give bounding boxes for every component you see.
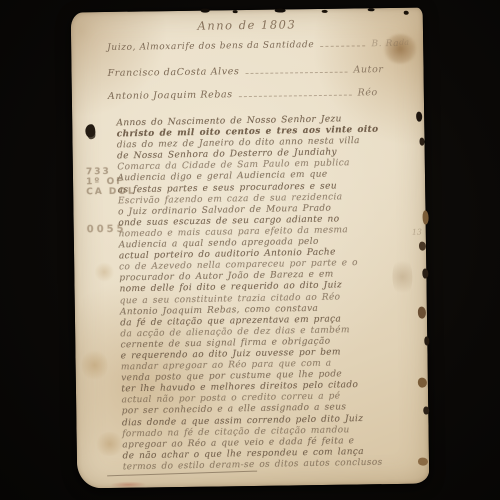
foxing-stain-mid-left — [94, 262, 114, 282]
ink-speck — [422, 211, 428, 225]
foxing-stain-left — [81, 348, 107, 382]
year-title: Anno de 1803 — [71, 16, 423, 35]
case-header-row: Juizo, Almoxarife dos bens da Santidade … — [107, 39, 399, 53]
ink-speck — [418, 458, 428, 466]
ink-speck — [422, 269, 428, 279]
ink-blot — [85, 124, 95, 137]
ink-speck — [419, 138, 424, 146]
manuscript-page: 733 1º OF CA DOL 0055 Anno de 1803 Juizo… — [71, 8, 430, 489]
red-smudge — [111, 481, 145, 487]
ink-speck — [418, 307, 426, 319]
party-name: Antonio Joaquim Rebas — [108, 89, 233, 102]
foxing-stain-bottom-left — [95, 432, 125, 456]
case-annotation: B. Ra — [371, 39, 399, 49]
margin-note: da — [399, 38, 409, 47]
ink-speck — [416, 112, 422, 122]
ink-speck — [419, 242, 426, 251]
ink-speck — [418, 378, 427, 388]
party-role: Réo — [357, 87, 377, 98]
ink-speck — [424, 337, 429, 346]
photo-scene: 733 1º OF CA DOL 0055 Anno de 1803 Juizo… — [0, 0, 500, 500]
margin-note: 13 — [412, 228, 422, 237]
ink-speck — [368, 8, 375, 11]
dotted-leader — [245, 72, 347, 74]
party-role: Autor — [353, 64, 383, 75]
ink-speck — [275, 8, 286, 12]
party-row-autor: Francisco daCosta Alves Autor — [107, 64, 383, 79]
ink-speck — [423, 407, 429, 415]
foxing-stain-right — [392, 256, 413, 298]
party-name: Francisco daCosta Alves — [107, 66, 239, 79]
ink-speck — [233, 10, 238, 13]
case-title: Juizo, Almoxarife dos bens da Santidade — [107, 40, 314, 53]
dotted-leader — [239, 95, 352, 98]
ink-speck — [404, 11, 409, 15]
dotted-leader — [320, 45, 365, 47]
ink-speck — [322, 10, 328, 13]
ink-speck — [201, 9, 210, 13]
party-row-reo: Antonio Joaquim Rebas Réo — [108, 87, 378, 102]
manuscript-body: Annos do Nascimento de Nosso Senhor Jezu… — [116, 114, 384, 474]
